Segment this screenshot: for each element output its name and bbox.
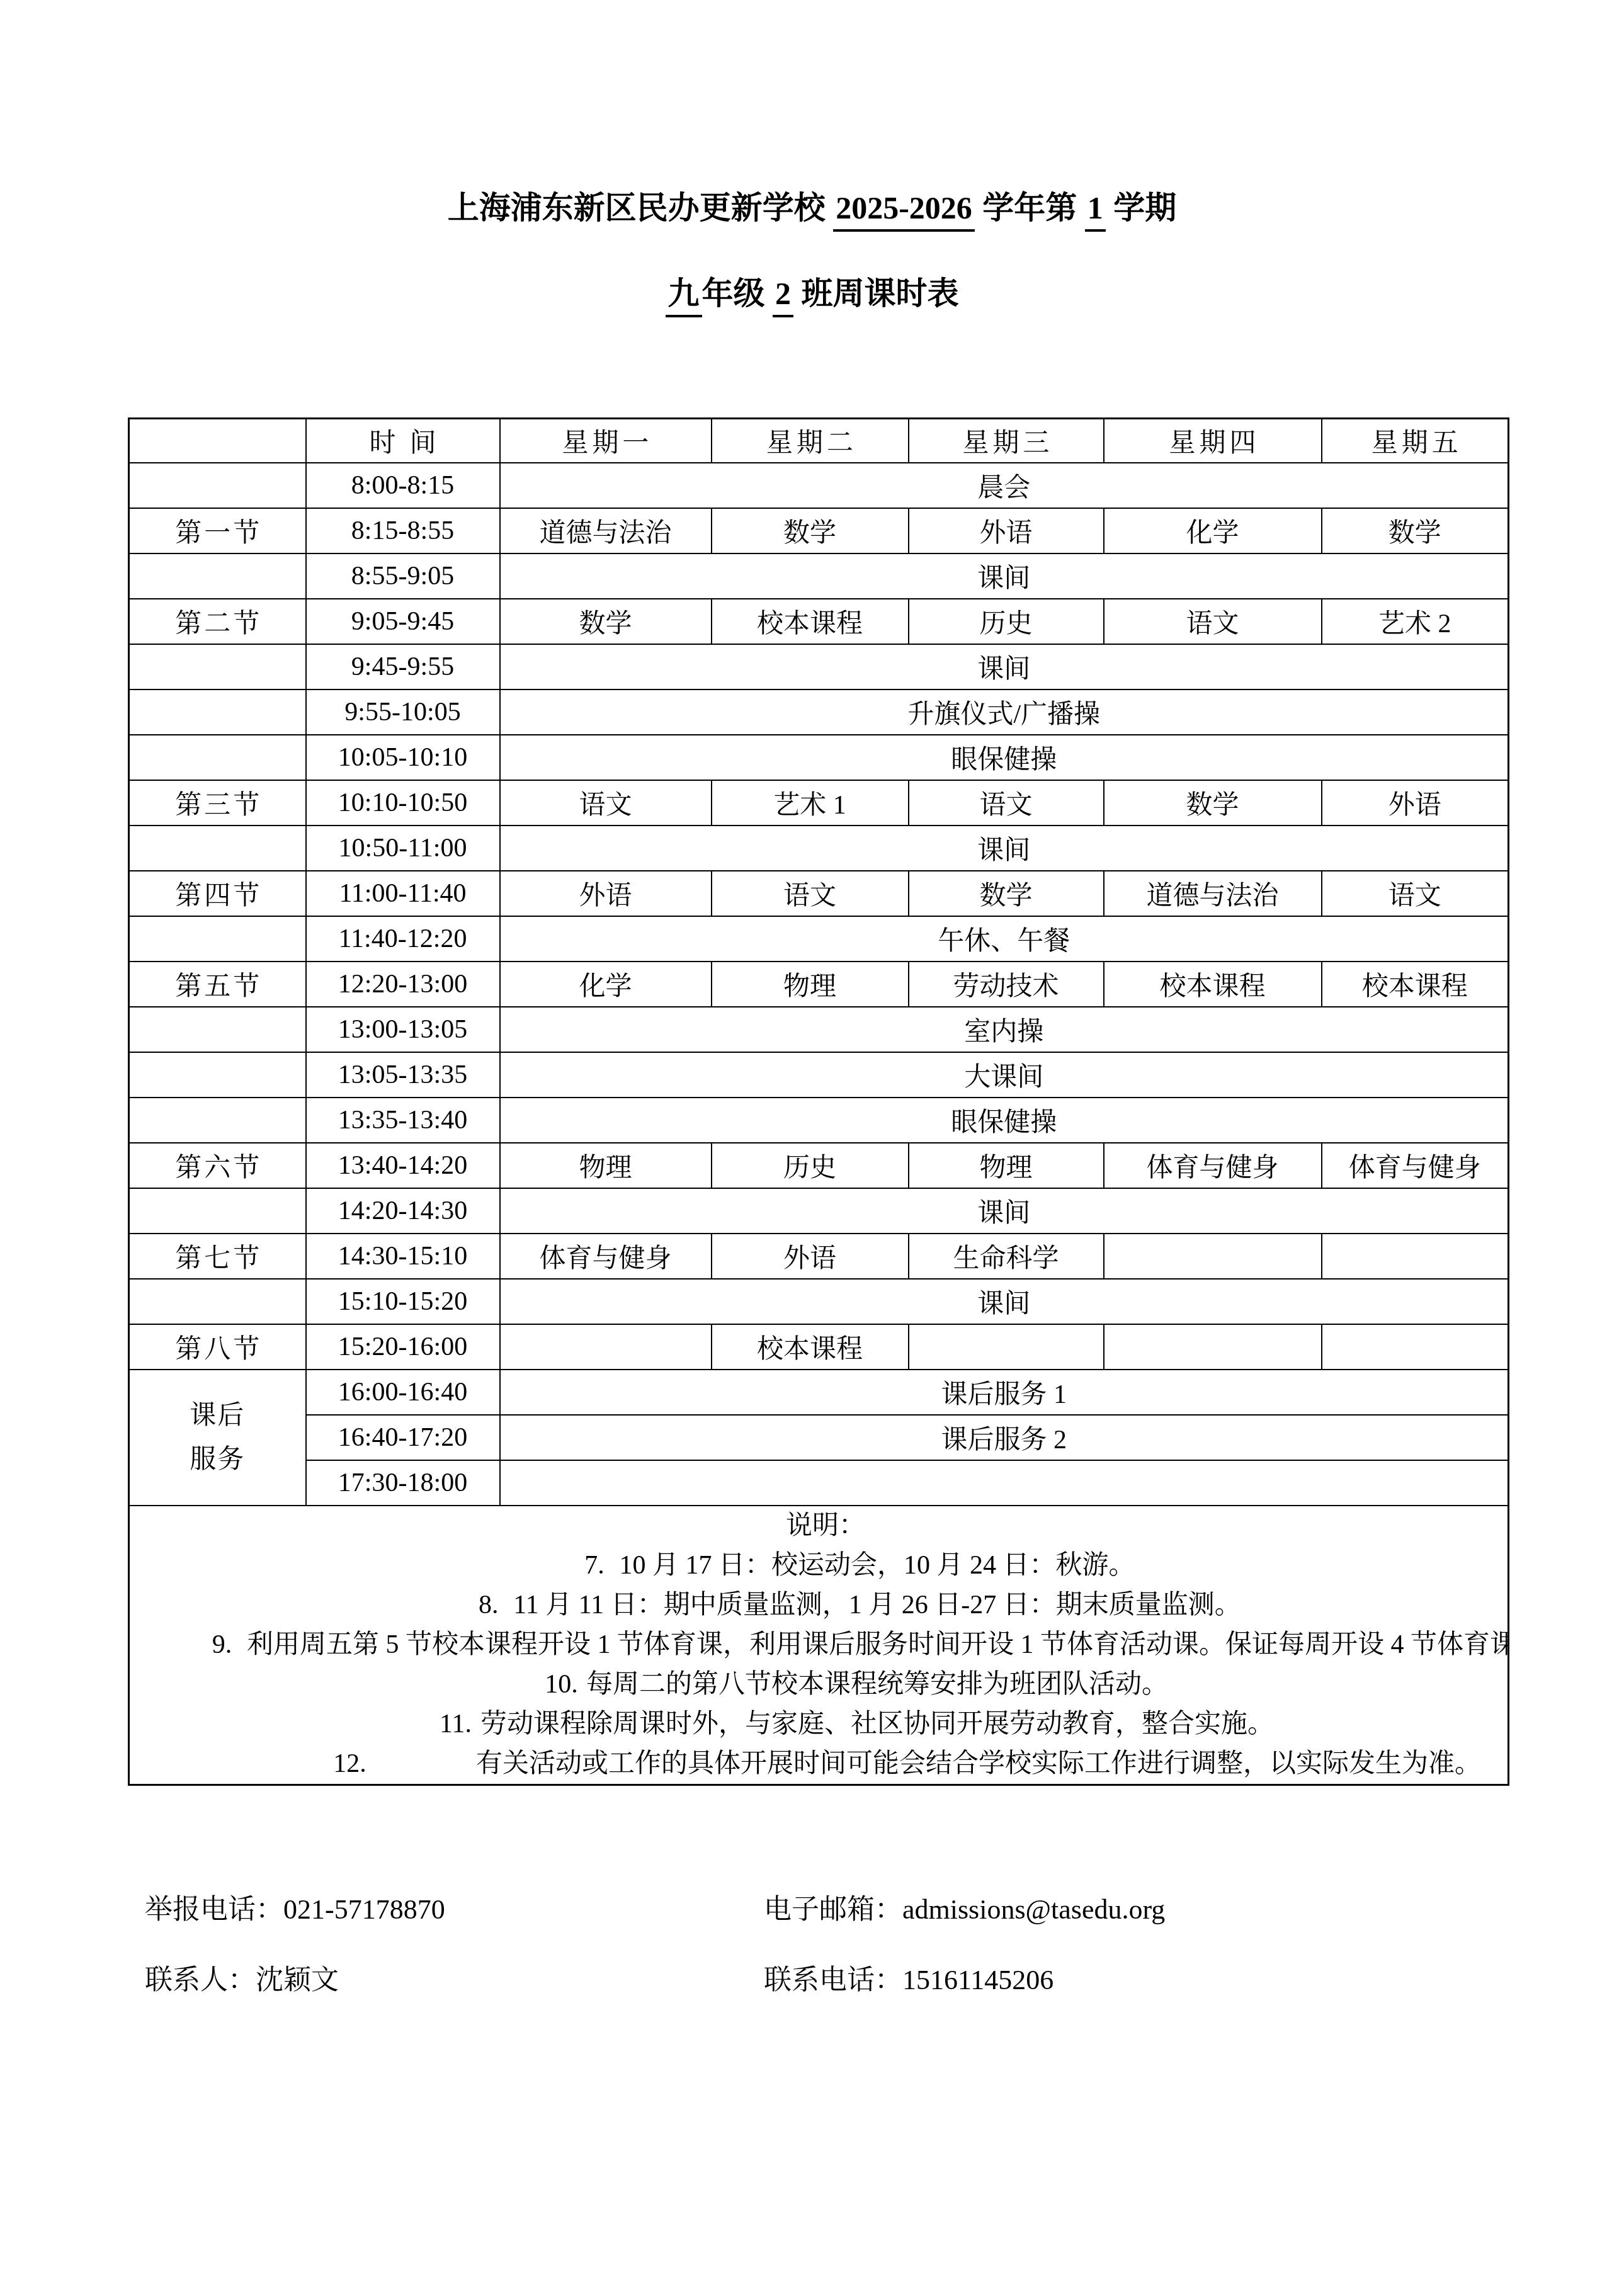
period-cell	[129, 1279, 306, 1324]
subject-cell: 历史	[712, 1143, 909, 1188]
subject-cell: 校本课程	[1104, 962, 1322, 1007]
title-text: 班周课时表	[793, 276, 959, 311]
table-row: 第三节 10:10-10:50 语文 艺术 1 语文 数学 外语	[129, 780, 1509, 826]
merged-activity-cell: 课间	[500, 644, 1509, 690]
period-cell	[129, 1098, 306, 1143]
time-cell: 14:30-15:10	[306, 1234, 500, 1279]
period-cell: 第七节	[129, 1234, 306, 1279]
table-row: 8:55-9:05 课间	[129, 553, 1509, 599]
subject-cell: 生命科学	[909, 1234, 1104, 1279]
subject-cell: 劳动技术	[909, 962, 1104, 1007]
subject-cell: 体育与健身	[500, 1234, 712, 1279]
subject-cell	[1322, 1324, 1509, 1370]
note-item-8: 8.11 月 11 日：期中质量监测，1 月 26 日-27 日：期末质量监测。	[130, 1586, 1508, 1625]
note-text: 劳动课程除周课时外，与家庭、社区协同开展劳动教育，整合实施。	[480, 1710, 1274, 1739]
merged-activity-cell	[500, 1460, 1509, 1506]
note-text: 有关活动或工作的具体开展时间可能会结合学校实际工作进行调整，以实际发生为准。	[476, 1749, 1481, 1778]
header-day-friday: 星期五	[1322, 419, 1509, 463]
subject-cell: 语文	[712, 871, 909, 916]
table-row: 17:30-18:00	[129, 1460, 1509, 1506]
subject-cell	[1104, 1324, 1322, 1370]
header-period-cell	[129, 419, 306, 463]
note-number: 10.	[537, 1665, 586, 1705]
table-row: 第六节 13:40-14:20 物理 历史 物理 体育与健身 体育与健身	[129, 1143, 1509, 1188]
subject-cell: 历史	[909, 599, 1104, 644]
note-text: 10 月 17 日：校运动会，10 月 24 日：秋游。	[619, 1551, 1135, 1580]
table-row: 16:40-17:20 课后服务 2	[129, 1415, 1509, 1460]
note-item-9: 9.利用周五第 5 节校本课程开设 1 节体育课，利用课后服务时间开设 1 节体…	[130, 1625, 1508, 1665]
note-text: 每周二的第八节校本课程统筹安排为班团队活动。	[586, 1670, 1168, 1699]
subject-cell: 外语	[909, 508, 1104, 553]
period-cell: 第六节	[129, 1143, 306, 1188]
table-row: 14:20-14:30 课间	[129, 1188, 1509, 1234]
merged-activity-cell: 升旗仪式/广播操	[500, 690, 1509, 735]
table-row: 第七节 14:30-15:10 体育与健身 外语 生命科学	[129, 1234, 1509, 1279]
time-cell: 13:40-14:20	[306, 1143, 500, 1188]
time-cell: 13:05-13:35	[306, 1052, 500, 1098]
subject-cell: 校本课程	[1322, 962, 1509, 1007]
header-day-wednesday: 星期三	[909, 419, 1104, 463]
document-title-line1: 上海浦东新区民办更新学校 2025-2026 学年第 1 学期	[0, 189, 1624, 227]
time-cell: 8:55-9:05	[306, 553, 500, 599]
title-text: 上海浦东新区民办更新学校	[448, 190, 834, 225]
table-header-row: 时间 星期一 星期二 星期三 星期四 星期五	[129, 419, 1509, 463]
subject-cell: 化学	[500, 962, 712, 1007]
contact-phone-value: 15161145206	[902, 1965, 1053, 1995]
contact-phone-line: 联系电话：15161145206	[764, 1957, 1053, 1997]
table-row: 9:55-10:05 升旗仪式/广播操	[129, 690, 1509, 735]
title-text: 年级	[702, 276, 773, 311]
period-cell: 第二节	[129, 599, 306, 644]
email-line: 电子邮箱：admissions@tasedu.org	[764, 1887, 1165, 1927]
time-cell: 9:05-9:45	[306, 599, 500, 644]
subject-cell: 物理	[712, 962, 909, 1007]
subject-cell: 语文	[1322, 871, 1509, 916]
period-cell	[129, 463, 306, 508]
merged-activity-cell: 课间	[500, 1279, 1509, 1324]
table-row: 13:00-13:05 室内操	[129, 1007, 1509, 1052]
merged-activity-cell: 眼保健操	[500, 1098, 1509, 1143]
contact-phone-label: 联系电话：	[764, 1965, 902, 1995]
note-item-7: 7.10 月 17 日：校运动会，10 月 24 日：秋游。	[130, 1546, 1508, 1586]
subject-cell	[1104, 1234, 1322, 1279]
subject-cell: 数学	[1104, 780, 1322, 826]
period-cell	[129, 553, 306, 599]
header-day-thursday: 星期四	[1104, 419, 1322, 463]
period-cell	[129, 1188, 306, 1234]
subject-cell: 化学	[1104, 508, 1322, 553]
period-cell: 第五节	[129, 962, 306, 1007]
title-underlined-class: 2	[773, 276, 793, 317]
period-cell: 第三节	[129, 780, 306, 826]
period-cell: 第一节	[129, 508, 306, 553]
time-cell: 14:20-14:30	[306, 1188, 500, 1234]
notes-label: 说明：	[130, 1506, 1508, 1546]
table-row: 10:05-10:10 眼保健操	[129, 735, 1509, 780]
period-cell: 第四节	[129, 871, 306, 916]
period-cell	[129, 1052, 306, 1098]
report-phone-value: 021-57178870	[283, 1894, 445, 1925]
merged-activity-cell: 课间	[500, 826, 1509, 871]
table-row: 第二节 9:05-9:45 数学 校本课程 历史 语文 艺术 2	[129, 599, 1509, 644]
subject-cell: 数学	[712, 508, 909, 553]
header-day-monday: 星期一	[500, 419, 712, 463]
subject-cell	[500, 1324, 712, 1370]
subject-cell: 校本课程	[712, 1324, 909, 1370]
subject-cell	[909, 1324, 1104, 1370]
table-row: 第五节 12:20-13:00 化学 物理 劳动技术 校本课程 校本课程	[129, 962, 1509, 1007]
subject-cell: 体育与健身	[1104, 1143, 1322, 1188]
merged-activity-cell: 课后服务 2	[500, 1415, 1509, 1460]
table-row: 8:00-8:15 晨会	[129, 463, 1509, 508]
merged-activity-cell: 课间	[500, 553, 1509, 599]
time-cell: 12:20-13:00	[306, 962, 500, 1007]
table-row: 11:40-12:20 午休、午餐	[129, 916, 1509, 962]
subject-cell: 数学	[909, 871, 1104, 916]
after-school-label-line1: 课后	[130, 1393, 305, 1438]
title-underlined-term: 1	[1085, 190, 1106, 232]
subject-cell: 校本课程	[712, 599, 909, 644]
table-row: 9:45-9:55 课间	[129, 644, 1509, 690]
table-row: 13:35-13:40 眼保健操	[129, 1098, 1509, 1143]
note-number: 12.	[224, 1744, 476, 1784]
table-row: 10:50-11:00 课间	[129, 826, 1509, 871]
subject-cell: 数学	[1322, 508, 1509, 553]
subject-cell: 体育与健身	[1322, 1143, 1509, 1188]
time-cell: 13:35-13:40	[306, 1098, 500, 1143]
period-cell	[129, 826, 306, 871]
subject-cell: 语文	[500, 780, 712, 826]
time-cell: 11:00-11:40	[306, 871, 500, 916]
merged-activity-cell: 眼保健操	[500, 735, 1509, 780]
weekly-timetable: 时间 星期一 星期二 星期三 星期四 星期五 8:00-8:15 晨会 第一节 …	[128, 417, 1509, 1786]
contact-person-line: 联系人：沈颖文	[145, 1957, 339, 1997]
time-cell: 10:10-10:50	[306, 780, 500, 826]
merged-activity-cell: 课后服务 1	[500, 1370, 1509, 1415]
subject-cell: 艺术 2	[1322, 599, 1509, 644]
time-cell: 8:15-8:55	[306, 508, 500, 553]
table-row: 课后 服务 16:00-16:40 课后服务 1	[129, 1370, 1509, 1415]
merged-activity-cell: 室内操	[500, 1007, 1509, 1052]
title-text: 学期	[1106, 190, 1177, 225]
header-day-tuesday: 星期二	[712, 419, 909, 463]
report-phone-line: 举报电话：021-57178870	[145, 1887, 445, 1927]
subject-cell: 语文	[1104, 599, 1322, 644]
note-item-10: 10.每周二的第八节校本课程统筹安排为班团队活动。	[130, 1665, 1508, 1705]
after-school-label-line2: 服务	[130, 1438, 305, 1482]
subject-cell: 语文	[909, 780, 1104, 826]
table-row: 15:10-15:20 课间	[129, 1279, 1509, 1324]
document-page: 上海浦东新区民办更新学校 2025-2026 学年第 1 学期 九年级 2 班周…	[0, 0, 1624, 2287]
subject-cell: 外语	[1322, 780, 1509, 826]
time-cell: 13:00-13:05	[306, 1007, 500, 1052]
title-underlined-grade: 九	[666, 276, 702, 317]
contact-label: 联系人：	[145, 1965, 256, 1995]
subject-cell: 道德与法治	[1104, 871, 1322, 916]
period-cell	[129, 1007, 306, 1052]
time-cell: 16:40-17:20	[306, 1415, 500, 1460]
note-item-12: 12.有关活动或工作的具体开展时间可能会结合学校实际工作进行调整，以实际发生为准…	[130, 1744, 1508, 1784]
email-value: admissions@tasedu.org	[902, 1894, 1165, 1925]
note-number: 8.	[463, 1586, 513, 1625]
table-row: 第四节 11:00-11:40 外语 语文 数学 道德与法治 语文	[129, 871, 1509, 916]
subject-cell: 外语	[712, 1234, 909, 1279]
contact-name-value: 沈颖文	[256, 1965, 339, 1995]
header-time-cell: 时间	[306, 419, 500, 463]
note-text: 11 月 11 日：期中质量监测，1 月 26 日-27 日：期末质量监测。	[513, 1591, 1241, 1620]
subject-cell	[1322, 1234, 1509, 1279]
merged-activity-cell: 午休、午餐	[500, 916, 1509, 962]
note-number: 7.	[569, 1546, 619, 1586]
merged-activity-cell: 晨会	[500, 463, 1509, 508]
time-cell: 8:00-8:15	[306, 463, 500, 508]
subject-cell: 物理	[500, 1143, 712, 1188]
subject-cell: 外语	[500, 871, 712, 916]
subject-cell: 数学	[500, 599, 712, 644]
after-school-label-cell: 课后 服务	[129, 1370, 306, 1506]
note-number: 11.	[431, 1705, 480, 1744]
time-cell: 10:50-11:00	[306, 826, 500, 871]
merged-activity-cell: 大课间	[500, 1052, 1509, 1098]
period-cell	[129, 735, 306, 780]
time-cell: 17:30-18:00	[306, 1460, 500, 1506]
subject-cell: 物理	[909, 1143, 1104, 1188]
period-cell: 第八节	[129, 1324, 306, 1370]
notes-section: 说明： 7.10 月 17 日：校运动会，10 月 24 日：秋游。 8.11 …	[129, 1506, 1509, 1785]
table-row: 第八节 15:20-16:00 校本课程	[129, 1324, 1509, 1370]
period-cell	[129, 690, 306, 735]
time-cell: 16:00-16:40	[306, 1370, 500, 1415]
time-cell: 15:10-15:20	[306, 1279, 500, 1324]
subject-cell: 艺术 1	[712, 780, 909, 826]
note-item-11: 11.劳动课程除周课时外，与家庭、社区协同开展劳动教育，整合实施。	[130, 1705, 1508, 1744]
time-cell: 15:20-16:00	[306, 1324, 500, 1370]
note-number: 9.	[197, 1625, 247, 1665]
period-cell	[129, 644, 306, 690]
title-underlined-year: 2025-2026	[833, 190, 975, 232]
time-cell: 9:45-9:55	[306, 644, 500, 690]
table-row: 13:05-13:35 大课间	[129, 1052, 1509, 1098]
notes-row: 说明： 7.10 月 17 日：校运动会，10 月 24 日：秋游。 8.11 …	[129, 1506, 1509, 1785]
report-phone-label: 举报电话：	[145, 1894, 283, 1925]
time-cell: 11:40-12:20	[306, 916, 500, 962]
email-label: 电子邮箱：	[764, 1894, 902, 1925]
time-cell: 10:05-10:10	[306, 735, 500, 780]
time-cell: 9:55-10:05	[306, 690, 500, 735]
period-cell	[129, 916, 306, 962]
title-text: 学年第	[975, 190, 1085, 225]
subject-cell: 道德与法治	[500, 508, 712, 553]
merged-activity-cell: 课间	[500, 1188, 1509, 1234]
document-title-line2: 九年级 2 班周课时表	[0, 275, 1624, 312]
note-text: 利用周五第 5 节校本课程开设 1 节体育课，利用课后服务时间开设 1 节体育活…	[247, 1630, 1509, 1659]
table-row: 第一节 8:15-8:55 道德与法治 数学 外语 化学 数学	[129, 508, 1509, 553]
